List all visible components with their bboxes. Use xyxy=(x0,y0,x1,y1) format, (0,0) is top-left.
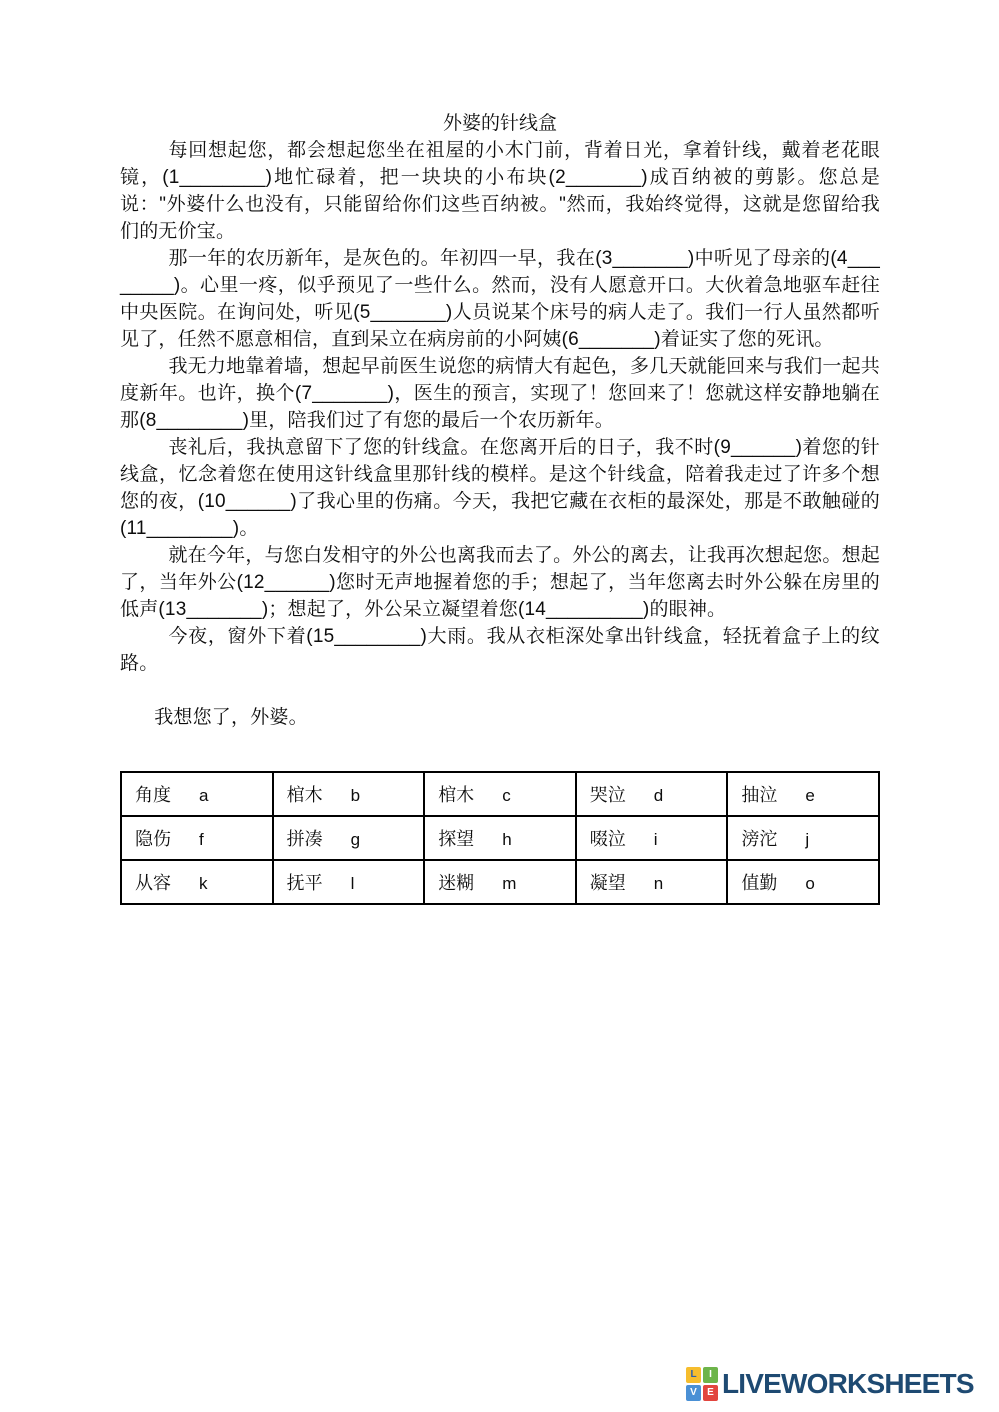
word-option-letter: o xyxy=(805,874,814,893)
essay-closing-line: 我想您了，外婆。 xyxy=(120,704,880,731)
word-option: 哭泣 xyxy=(590,781,654,807)
essay-paragraph-1: 每回想起您，都会想起您坐在祖屋的小木门前，背着日光，拿着针线，戴着老花眼镜，(1… xyxy=(120,137,880,245)
word-bank-cell-a: 角度a xyxy=(121,772,273,816)
word-option: 探望 xyxy=(438,825,502,851)
word-option-letter: b xyxy=(351,786,360,805)
brand-name: LIVEWORKSHEETS xyxy=(722,1370,974,1398)
word-option-letter: d xyxy=(654,786,663,805)
word-option: 迷糊 xyxy=(438,869,502,895)
word-bank-cell-l: 抚平l xyxy=(273,860,425,904)
essay-paragraph-5: 就在今年，与您白发相守的外公也离我而去了。外公的离去，让我再次想起您。想起了，当… xyxy=(120,542,880,623)
word-option: 棺木 xyxy=(438,781,502,807)
word-option: 滂沱 xyxy=(741,825,805,851)
page-title: 外婆的针线盒 xyxy=(120,110,880,137)
word-bank-cell-o: 值勤o xyxy=(727,860,879,904)
word-bank-table: 角度a 棺木b 棺木c 哭泣d 抽泣e 隐伤f 拼凑g 探望h 啜泣i 滂沱j … xyxy=(120,771,880,905)
word-bank-cell-n: 凝望n xyxy=(576,860,728,904)
word-bank-cell-m: 迷糊m xyxy=(424,860,576,904)
logo-tile-v: V xyxy=(686,1385,701,1401)
essay-paragraph-4: 丧礼后，我执意留下了您的针线盒。在您离开后的日子，我不时(9______)着您的… xyxy=(120,434,880,542)
worksheet-content: 外婆的针线盒 每回想起您，都会想起您坐在祖屋的小木门前，背着日光，拿着针线，戴着… xyxy=(120,110,880,905)
essay-paragraph-6: 今夜，窗外下着(15________)大雨。我从衣柜深处拿出针线盒，轻抚着盒子上… xyxy=(120,623,880,677)
essay-paragraph-3: 我无力地靠着墙，想起早前医生说您的病情大有起色，多几天就能回来与我们一起共度新年… xyxy=(120,353,880,434)
word-option-letter: k xyxy=(199,874,208,893)
logo-tile-i: I xyxy=(703,1367,718,1383)
word-option-letter: i xyxy=(654,830,658,849)
word-option: 凝望 xyxy=(590,869,654,895)
word-option-letter: h xyxy=(502,830,511,849)
word-option-letter: e xyxy=(805,786,814,805)
word-option-letter: j xyxy=(805,830,809,849)
word-bank-cell-j: 滂沱j xyxy=(727,816,879,860)
liveworksheets-logo-icon: L I V E xyxy=(686,1367,718,1401)
word-bank-cell-h: 探望h xyxy=(424,816,576,860)
word-bank-cell-k: 从容k xyxy=(121,860,273,904)
word-bank-row-3: 从容k 抚平l 迷糊m 凝望n 值勤o xyxy=(121,860,879,904)
word-option: 隐伤 xyxy=(135,825,199,851)
word-option: 从容 xyxy=(135,869,199,895)
word-option: 角度 xyxy=(135,781,199,807)
word-option: 拼凑 xyxy=(287,825,351,851)
word-option: 值勤 xyxy=(741,869,805,895)
word-bank-row-2: 隐伤f 拼凑g 探望h 啜泣i 滂沱j xyxy=(121,816,879,860)
word-option: 抚平 xyxy=(287,869,351,895)
word-option: 棺木 xyxy=(287,781,351,807)
word-bank-cell-g: 拼凑g xyxy=(273,816,425,860)
liveworksheets-watermark: L I V E LIVEWORKSHEETS xyxy=(686,1367,974,1401)
word-option: 啜泣 xyxy=(590,825,654,851)
word-bank-cell-f: 隐伤f xyxy=(121,816,273,860)
word-option-letter: a xyxy=(199,786,208,805)
word-option-letter: n xyxy=(654,874,663,893)
word-bank-cell-e: 抽泣e xyxy=(727,772,879,816)
word-bank-cell-d: 哭泣d xyxy=(576,772,728,816)
word-option: 抽泣 xyxy=(741,781,805,807)
essay-paragraph-2: 那一年的农历新年，是灰色的。年初四一早，我在(3_______)中听见了母亲的(… xyxy=(120,245,880,353)
word-option-letter: l xyxy=(351,874,355,893)
word-option-letter: f xyxy=(199,830,204,849)
word-bank-cell-i: 啜泣i xyxy=(576,816,728,860)
word-option-letter: c xyxy=(502,786,511,805)
worksheet-page: 外婆的针线盒 每回想起您，都会想起您坐在祖屋的小木门前，背着日光，拿着针线，戴着… xyxy=(0,0,999,1412)
logo-tile-l: L xyxy=(686,1367,701,1383)
word-option-letter: m xyxy=(502,874,516,893)
logo-tile-e: E xyxy=(703,1385,718,1401)
word-bank-cell-b: 棺木b xyxy=(273,772,425,816)
word-bank-row-1: 角度a 棺木b 棺木c 哭泣d 抽泣e xyxy=(121,772,879,816)
word-bank-cell-c: 棺木c xyxy=(424,772,576,816)
word-option-letter: g xyxy=(351,830,360,849)
